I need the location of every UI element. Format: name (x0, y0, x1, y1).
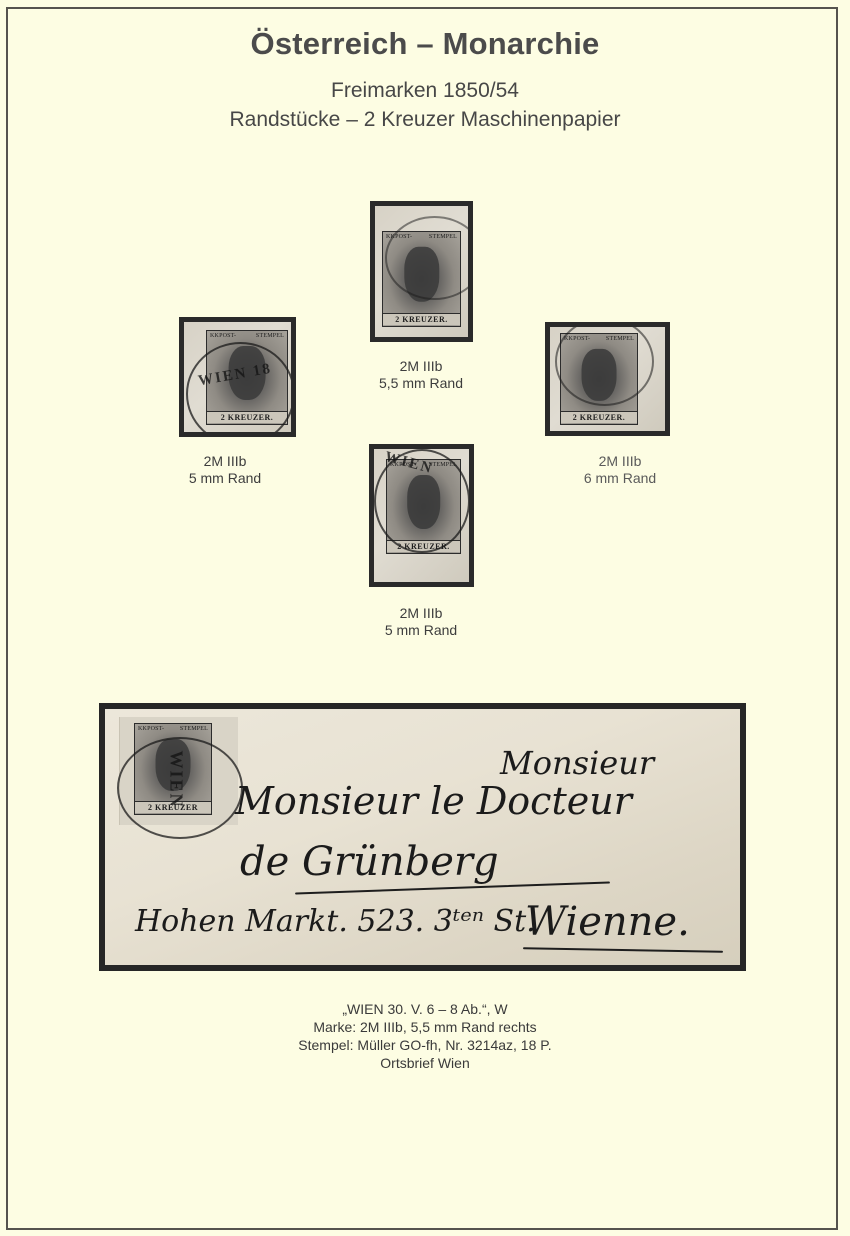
stamp-mount-top-center[interactable]: KKPOST-STEMPEL 2 KREUZER. (370, 201, 473, 342)
stamp-margin: 5 mm Rand (145, 470, 305, 487)
stamp-mount-middle-left[interactable]: KKPOST-STEMPEL 2 KREUZER. WIEN 18 (179, 317, 296, 437)
cover-envelope: KKPOST-STEMPEL 2 KREUZER WIEN Monsieur M… (105, 709, 740, 965)
stamp-margin: 5 mm Rand (341, 622, 501, 639)
stamp-mount-middle-right[interactable]: KKPOST-STEMPEL 2 KREUZER. (545, 322, 670, 436)
cover-mount[interactable]: KKPOST-STEMPEL 2 KREUZER WIEN Monsieur M… (99, 703, 746, 971)
stamp-inscription-left: KKPOST- (210, 333, 236, 339)
stamp-type: 2M IIIb (341, 358, 501, 375)
postmark-text: WIEN (166, 750, 187, 808)
stamp-caption: 2M IIIb 6 mm Rand (540, 453, 700, 487)
stamp-description: Marke: 2M IIIb, 5,5 mm Rand rechts (0, 1018, 850, 1036)
cancel-catalog-reference: Stempel: Müller GO-fh, Nr. 3214az, 18 P. (0, 1036, 850, 1054)
stamp-inscription-right: STEMPEL (256, 333, 284, 339)
stamp-inscription-left: KKPOST- (138, 726, 164, 732)
stamp-image: KKPOST-STEMPEL 2 KREUZER. WIEN 18 (184, 322, 291, 432)
page-subtitle: Freimarken 1850/54 (0, 79, 850, 103)
stamp-margin: 5,5 mm Rand (341, 375, 501, 392)
stamp-type: 2M IIIb (145, 453, 305, 470)
stamp-type: 2M IIIb (341, 605, 501, 622)
address-line-name: Monsieur le Docteur (235, 779, 632, 823)
address-line-city: Wienne. (525, 899, 690, 945)
stamp-caption: 2M IIIb 5 mm Rand (341, 605, 501, 639)
address-line-surname: de Grünberg (240, 839, 499, 885)
stamp-caption: 2M IIIb 5 mm Rand (145, 453, 305, 487)
stamp-value: 2 KREUZER. (561, 411, 637, 423)
stamp-image: KKPOST-STEMPEL 2 KREUZER. WIEN (374, 449, 469, 582)
stamp-inscription-right: STEMPEL (180, 726, 208, 732)
page-subtitle-detail: Randstücke – 2 Kreuzer Maschinenpapier (0, 108, 850, 132)
stamp-type: 2M IIIb (540, 453, 700, 470)
postmark-description: „WIEN 30. V. 6 – 8 Ab.“, W (0, 1000, 850, 1018)
cover-description: „WIEN 30. V. 6 – 8 Ab.“, W Marke: 2M III… (0, 1000, 850, 1072)
stamp-mount-bottom-center[interactable]: KKPOST-STEMPEL 2 KREUZER. WIEN (369, 444, 474, 587)
address-line-street: Hohen Markt. 523. 3ᵗᵉⁿ St. (135, 904, 536, 939)
stamp-image: KKPOST-STEMPEL 2 KREUZER. (550, 327, 665, 431)
address-line-title: Monsieur (500, 744, 654, 782)
underline-stroke (523, 947, 723, 952)
cover-type: Ortsbrief Wien (0, 1054, 850, 1072)
stamp-caption: 2M IIIb 5,5 mm Rand (341, 358, 501, 392)
stamp-margin: 6 mm Rand (540, 470, 700, 487)
stamp-image: KKPOST-STEMPEL 2 KREUZER. (375, 206, 468, 337)
stamp-value: 2 KREUZER. (383, 313, 460, 325)
page-title: Österreich – Monarchie (0, 26, 850, 62)
